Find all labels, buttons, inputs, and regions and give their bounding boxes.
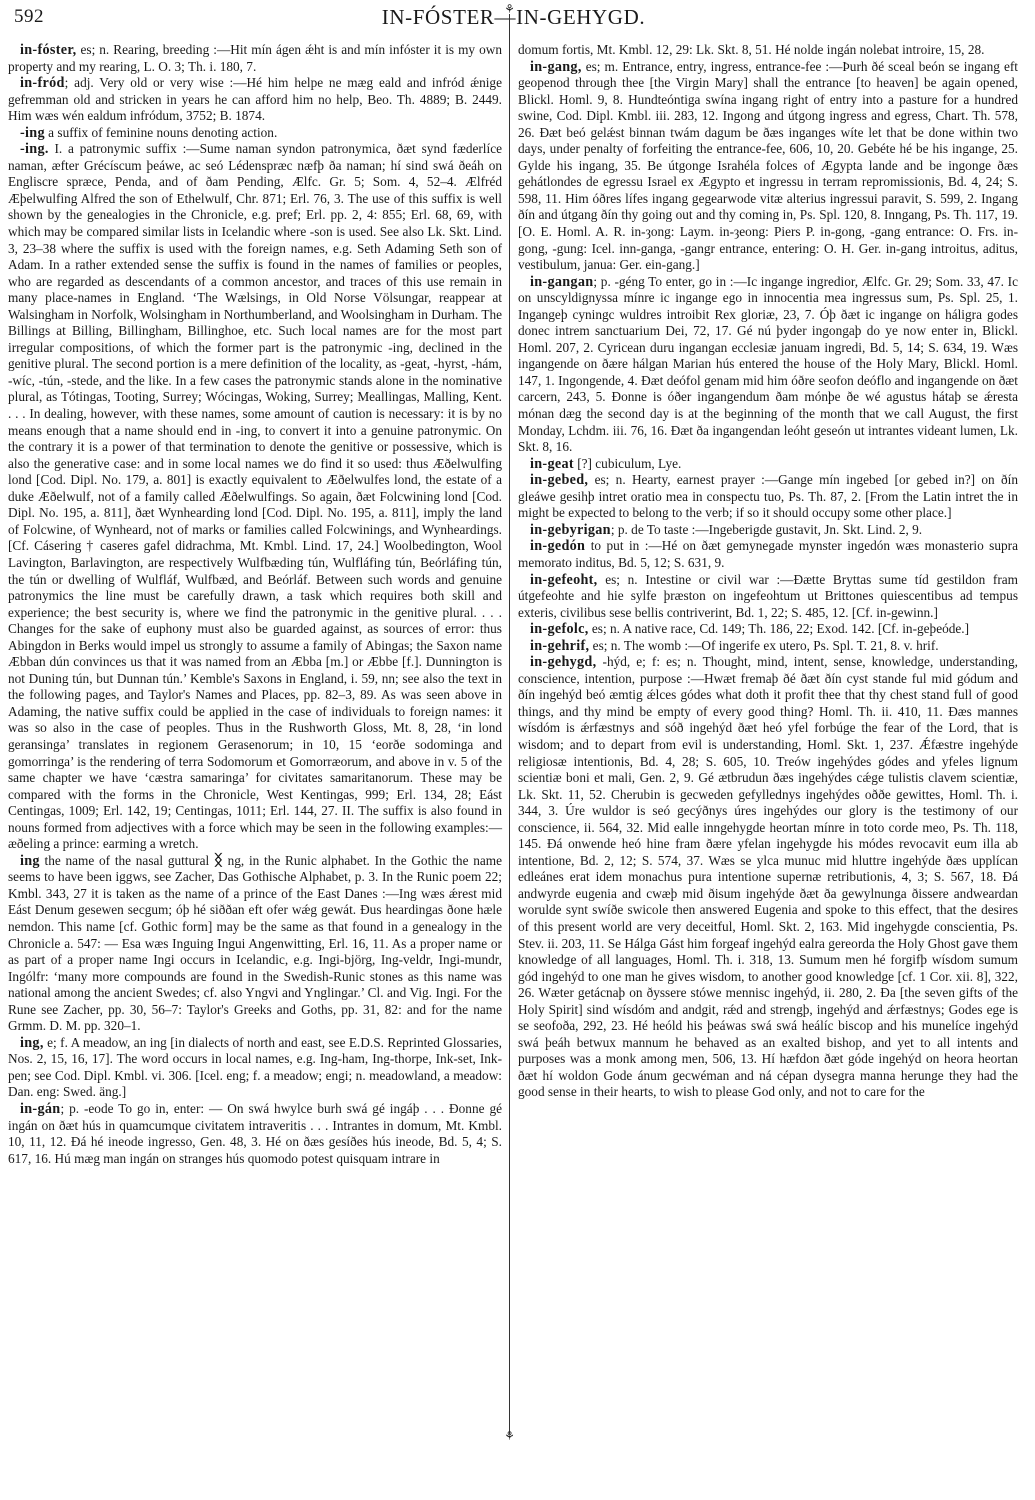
entry-in-gan: in-gán; p. -eode To go in, enter: — On s… bbox=[8, 1101, 502, 1167]
entry-ing-rune: ing the name of the nasal guttural ᛝ ng,… bbox=[8, 853, 502, 1035]
headword: in-gedón bbox=[530, 538, 585, 554]
entry-in-gehrif: in-gehrif, es; n. The womb :—Of ingerife… bbox=[518, 638, 1018, 655]
left-column: in-fóster, es; n. Rearing, breeding :—Hi… bbox=[8, 42, 502, 1167]
entry-in-gehygd: in-gehygd, -hýd, e; f: es; n. Thought, m… bbox=[518, 654, 1018, 1101]
entry-in-gangan: in-gangan; p. -géng To enter, go in :—Ic… bbox=[518, 274, 1018, 456]
definition: a suffix of feminine nouns denoting acti… bbox=[45, 125, 277, 140]
headword: in-gangan bbox=[530, 274, 593, 290]
definition: ; adj. Very old or very wise :—Hé him he… bbox=[8, 75, 502, 123]
entry-continuation: domum fortis, Mt. Kmbl. 12, 29: Lk. Skt.… bbox=[518, 42, 1018, 59]
definition: domum fortis, Mt. Kmbl. 12, 29: Lk. Skt.… bbox=[518, 42, 984, 57]
definition: ; p. -eode To go in, enter: — On swá hwy… bbox=[8, 1101, 502, 1166]
headword: in-fród bbox=[20, 75, 65, 91]
definition: es; n. Rearing, breeding :—Hit mín ágen … bbox=[8, 42, 502, 74]
entry-ing-patronymic: -ing. I. a patronymic suffix :—Sume nama… bbox=[8, 141, 502, 853]
column-divider bbox=[509, 14, 510, 1434]
headword: in-gefolc, bbox=[530, 621, 589, 637]
definition: -hýd, e; f: es; n. Thought, mind, intent… bbox=[518, 654, 1018, 1099]
definition: es; n. Hearty, earnest prayer :—Gange mí… bbox=[518, 472, 1018, 520]
entry-ing-meadow: ing, e; f. A meadow, an ing [in dialects… bbox=[8, 1035, 502, 1101]
ing-rune-icon: ᛝ bbox=[214, 853, 223, 869]
entry-in-foster: in-fóster, es; n. Rearing, breeding :—Hi… bbox=[8, 42, 502, 75]
headword: in-gebed, bbox=[530, 472, 588, 488]
entry-ing-suffix-feminine: -ing a suffix of feminine nouns denoting… bbox=[8, 125, 502, 142]
entry-in-geat: in-geat [?] cubiculum, Lye. bbox=[518, 456, 1018, 473]
headword: -ing. bbox=[20, 141, 49, 157]
entry-in-gefeoht: in-gefeoht, es; n. Intestine or civil wa… bbox=[518, 572, 1018, 622]
definition: I. a patronymic suffix :—Sume naman synd… bbox=[8, 141, 502, 851]
definition: es; n. A native race, Cd. 149; Th. 186, … bbox=[589, 621, 970, 636]
headword: in-gang, bbox=[530, 59, 582, 75]
entry-in-gang: in-gang, es; m. Entrance, entry, ingress… bbox=[518, 59, 1018, 274]
definition: es; m. Entrance, entry, ingress, entranc… bbox=[518, 59, 1018, 273]
headword: in-gehrif, bbox=[530, 638, 589, 654]
definition: ; p. de To taste :—Ingeberigde gustavit,… bbox=[611, 522, 922, 537]
headword: in-gefeoht, bbox=[530, 572, 598, 588]
right-column: domum fortis, Mt. Kmbl. 12, 29: Lk. Skt.… bbox=[518, 42, 1018, 1101]
definition: [?] cubiculum, Lye. bbox=[574, 456, 681, 471]
headword: in-fóster, bbox=[20, 42, 76, 58]
definition-continued: ng, in the Runic alphabet. In the Gothic… bbox=[8, 853, 502, 1033]
entry-in-frod: in-fród; adj. Very old or very wise :—Hé… bbox=[8, 75, 502, 125]
definition: es; n. The womb :—Of ingerife ex utero, … bbox=[589, 638, 938, 653]
entry-in-gefolc: in-gefolc, es; n. A native race, Cd. 149… bbox=[518, 621, 1018, 638]
headword: in-gehygd, bbox=[530, 654, 596, 670]
definition: ; p. -géng To enter, go in :—Ic ingange … bbox=[518, 274, 1018, 454]
column-ornament-bottom-icon: ⚘ bbox=[503, 1430, 516, 1442]
headword: ing, bbox=[20, 1035, 44, 1051]
definition: the name of the nasal guttural bbox=[40, 853, 214, 868]
entry-in-gedon: in-gedón to put in :—Hé on ðæt gemynegad… bbox=[518, 538, 1018, 571]
headword: in-gán bbox=[20, 1101, 60, 1117]
headword: ing bbox=[20, 853, 40, 869]
entry-in-gebed: in-gebed, es; n. Hearty, earnest prayer … bbox=[518, 472, 1018, 522]
definition: e; f. A meadow, an ing [in dialects of n… bbox=[8, 1035, 502, 1100]
headword: in-gebyrigan bbox=[530, 522, 611, 538]
headword: -ing bbox=[20, 125, 45, 141]
entry-in-gebyrigan: in-gebyrigan; p. de To taste :—Ingeberig… bbox=[518, 522, 1018, 539]
definition: to put in :—Hé on ðæt gemynegade mynster… bbox=[518, 538, 1018, 570]
headword: in-geat bbox=[530, 456, 574, 472]
